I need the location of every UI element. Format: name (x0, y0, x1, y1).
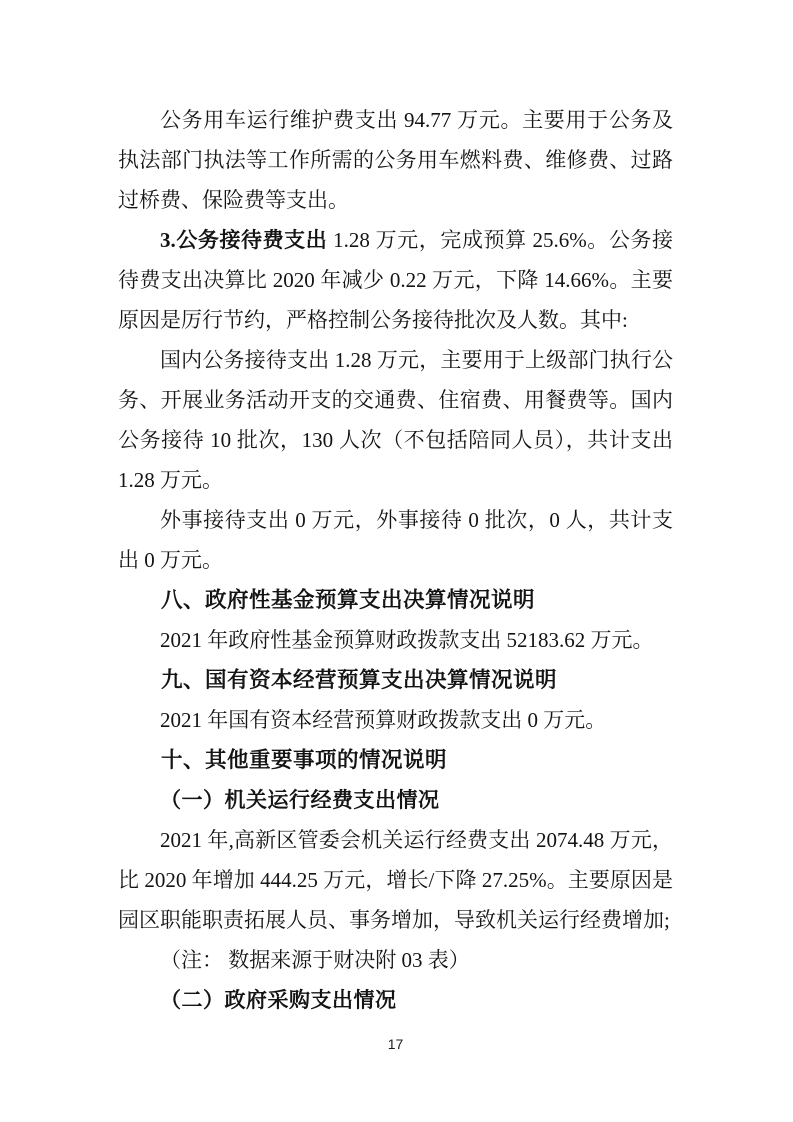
page-number: 17 (118, 1034, 673, 1054)
paragraph-operating-expense: 2021 年,高新区管委会机关运行经费支出 2074.48 万元，比 2020 … (118, 820, 673, 940)
paragraph-reception-expense: 3.公务接待费支出 1.28 万元，完成预算 25.6%。公务接待费支出决算比 … (118, 220, 673, 340)
heading-subsection-1: （一）机关运行经费支出情况 (118, 780, 673, 820)
paragraph-government-fund: 2021 年政府性基金预算财政拨款支出 52183.62 万元。 (118, 620, 673, 660)
document-page: 公务用车运行维护费支出 94.77 万元。主要用于公务及执法部门执法等工作所需的… (0, 0, 793, 1122)
paragraph-foreign-reception: 外事接待支出 0 万元，外事接待 0 批次，0 人，共计支出 0 万元。 (118, 500, 673, 580)
paragraph-domestic-reception: 国内公务接待支出 1.28 万元，主要用于上级部门执行公务、开展业务活动开支的交… (118, 340, 673, 500)
heading-subsection-2: （二）政府采购支出情况 (118, 980, 673, 1020)
heading-section-9: 九、国有资本经营预算支出决算情况说明 (118, 660, 673, 700)
reception-expense-bold-lead: 3.公务接待费支出 (160, 228, 327, 252)
heading-section-8: 八、政府性基金预算支出决算情况说明 (118, 580, 673, 620)
heading-section-10: 十、其他重要事项的情况说明 (118, 740, 673, 780)
paragraph-note-source: （注： 数据来源于财决附 03 表） (118, 940, 673, 980)
document-body: 公务用车运行维护费支出 94.77 万元。主要用于公务及执法部门执法等工作所需的… (118, 100, 673, 1020)
paragraph-vehicle-expense: 公务用车运行维护费支出 94.77 万元。主要用于公务及执法部门执法等工作所需的… (118, 100, 673, 220)
paragraph-state-capital: 2021 年国有资本经营预算财政拨款支出 0 万元。 (118, 700, 673, 740)
